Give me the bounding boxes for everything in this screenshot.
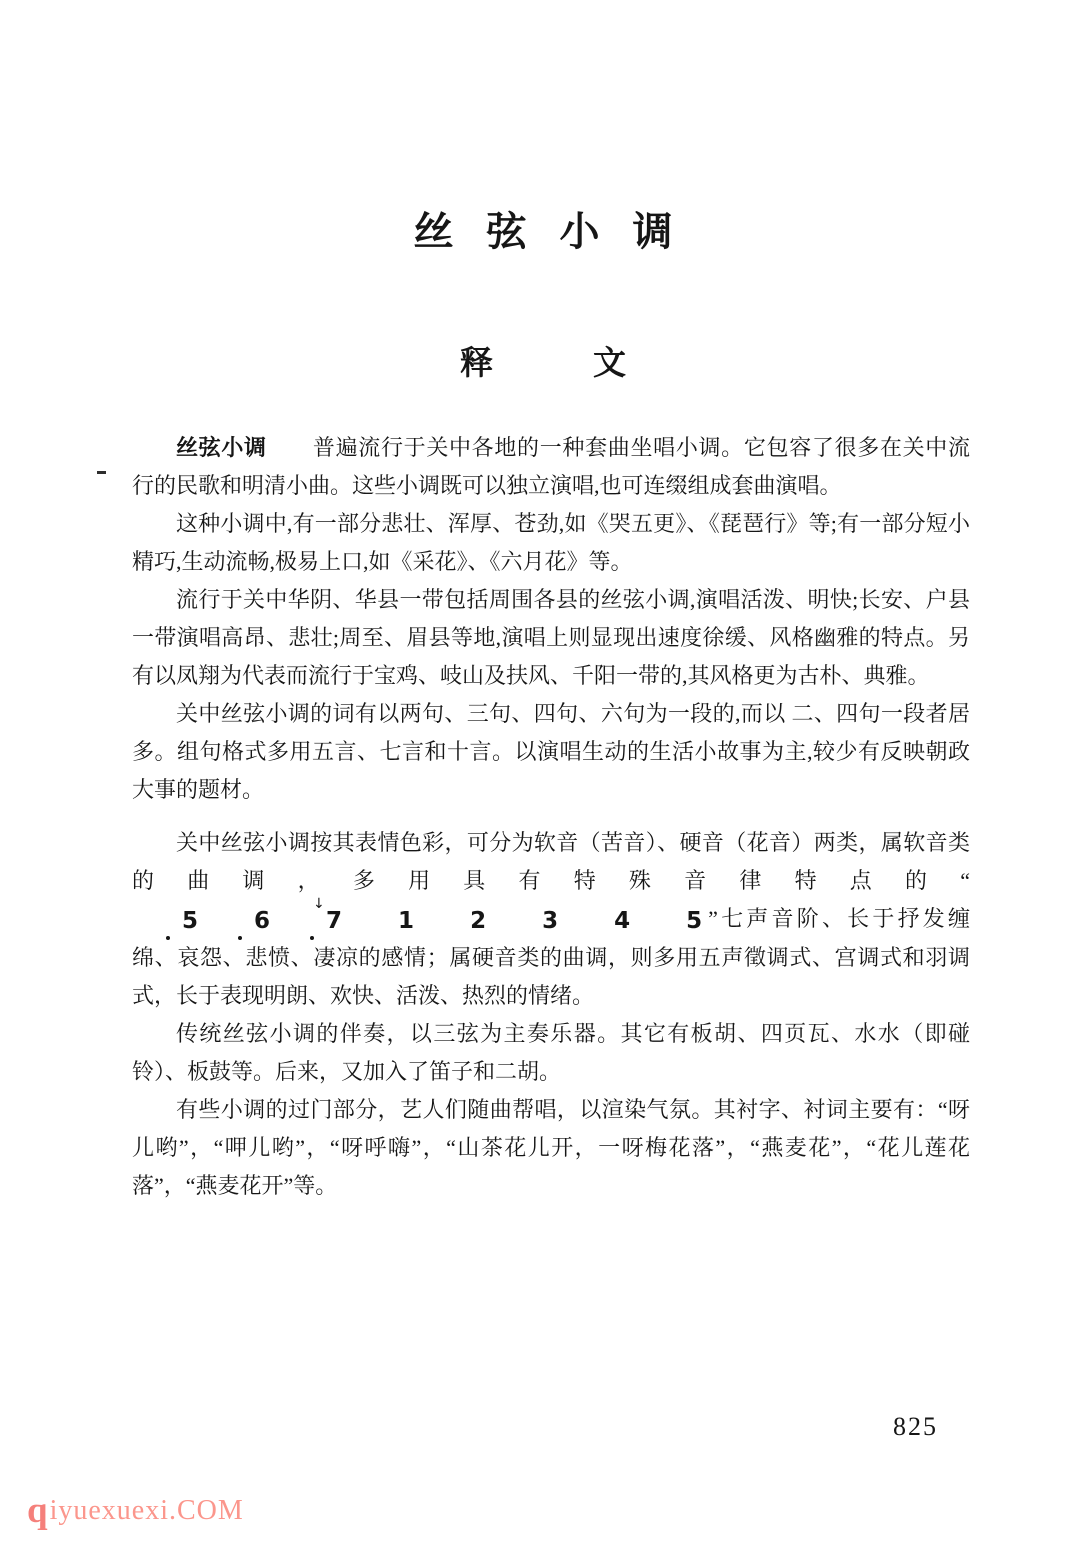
notation-note: 6 bbox=[210, 910, 270, 933]
paragraph-text-before: 关中丝弦小调按其表情色彩，可分为软音（苦音）、硬音（花音）两类，属软音类的曲调，… bbox=[132, 830, 970, 893]
section-heading: 释文 bbox=[0, 346, 1086, 382]
paragraph-intro: 丝弦小调普遍流行于关中各地的一种套曲坐唱小调。它包容了很多在关中流行的民歌和明清… bbox=[132, 429, 970, 505]
jianpu-scale-notation: 567↓12345 bbox=[132, 907, 708, 932]
paragraph-instruments: 传统丝弦小调的伴奏，以三弦为主奏乐器。其它有板胡、四页瓦、水水（即碰铃）、板鼓等… bbox=[132, 1015, 970, 1091]
low-octave-dot-icon bbox=[238, 936, 242, 940]
notation-note: 3 bbox=[498, 910, 558, 933]
low-octave-dot-icon bbox=[166, 936, 170, 940]
notation-note: 4 bbox=[570, 910, 630, 933]
pitch-down-arrow-icon: ↓ bbox=[269, 897, 325, 911]
article-body: 丝弦小调普遍流行于关中各地的一种套曲坐唱小调。它包容了很多在关中流行的民歌和明清… bbox=[132, 429, 970, 1205]
paragraph-lyrics: 关中丝弦小调的词有以两句、三句、四句、六句为一段的,而以 二、四句一段者居多。组… bbox=[132, 695, 970, 809]
scanned-book-page: 丝弦小调 释文 丝弦小调普遍流行于关中各地的一种套曲坐唱小调。它包容了很多在关中… bbox=[0, 0, 1086, 1546]
notation-note: 2 bbox=[426, 910, 486, 933]
scan-artifact-dash bbox=[97, 471, 106, 474]
paragraph-padding-words: 有些小调的过门部分，艺人们随曲帮唱，以渲染气氛。其衬字、衬词主要有：“呀儿哟”，… bbox=[132, 1091, 970, 1205]
page-number: 825 bbox=[893, 1412, 938, 1442]
notation-note: 5 bbox=[642, 910, 702, 933]
low-octave-dot-icon bbox=[310, 936, 314, 940]
notation-note: 5 bbox=[138, 910, 198, 933]
watermark-text: iyuexuexi.COM bbox=[50, 1495, 244, 1526]
paragraph-regions: 流行于关中华阴、华县一带包括周围各县的丝弦小调,演唱活泼、明快;长安、户县一带演… bbox=[132, 581, 970, 695]
term-label: 丝弦小调 bbox=[176, 435, 267, 460]
notation-note: 7↓ bbox=[282, 910, 342, 933]
notation-note: 1 bbox=[354, 910, 414, 933]
paragraph-styles: 这种小调中,有一部分悲壮、浑厚、苍劲,如《哭五更》、《琵琶行》等;有一部分短小精… bbox=[132, 505, 970, 581]
watermark-initial: q bbox=[27, 1490, 49, 1531]
watermark-qiyuexuexi: qiyuexuexi.COM bbox=[27, 1489, 244, 1532]
page-title: 丝弦小调 bbox=[0, 210, 1086, 254]
paragraph-modes: 关中丝弦小调按其表情色彩，可分为软音（苦音）、硬音（花音）两类，属软音类的曲调，… bbox=[132, 824, 970, 1015]
